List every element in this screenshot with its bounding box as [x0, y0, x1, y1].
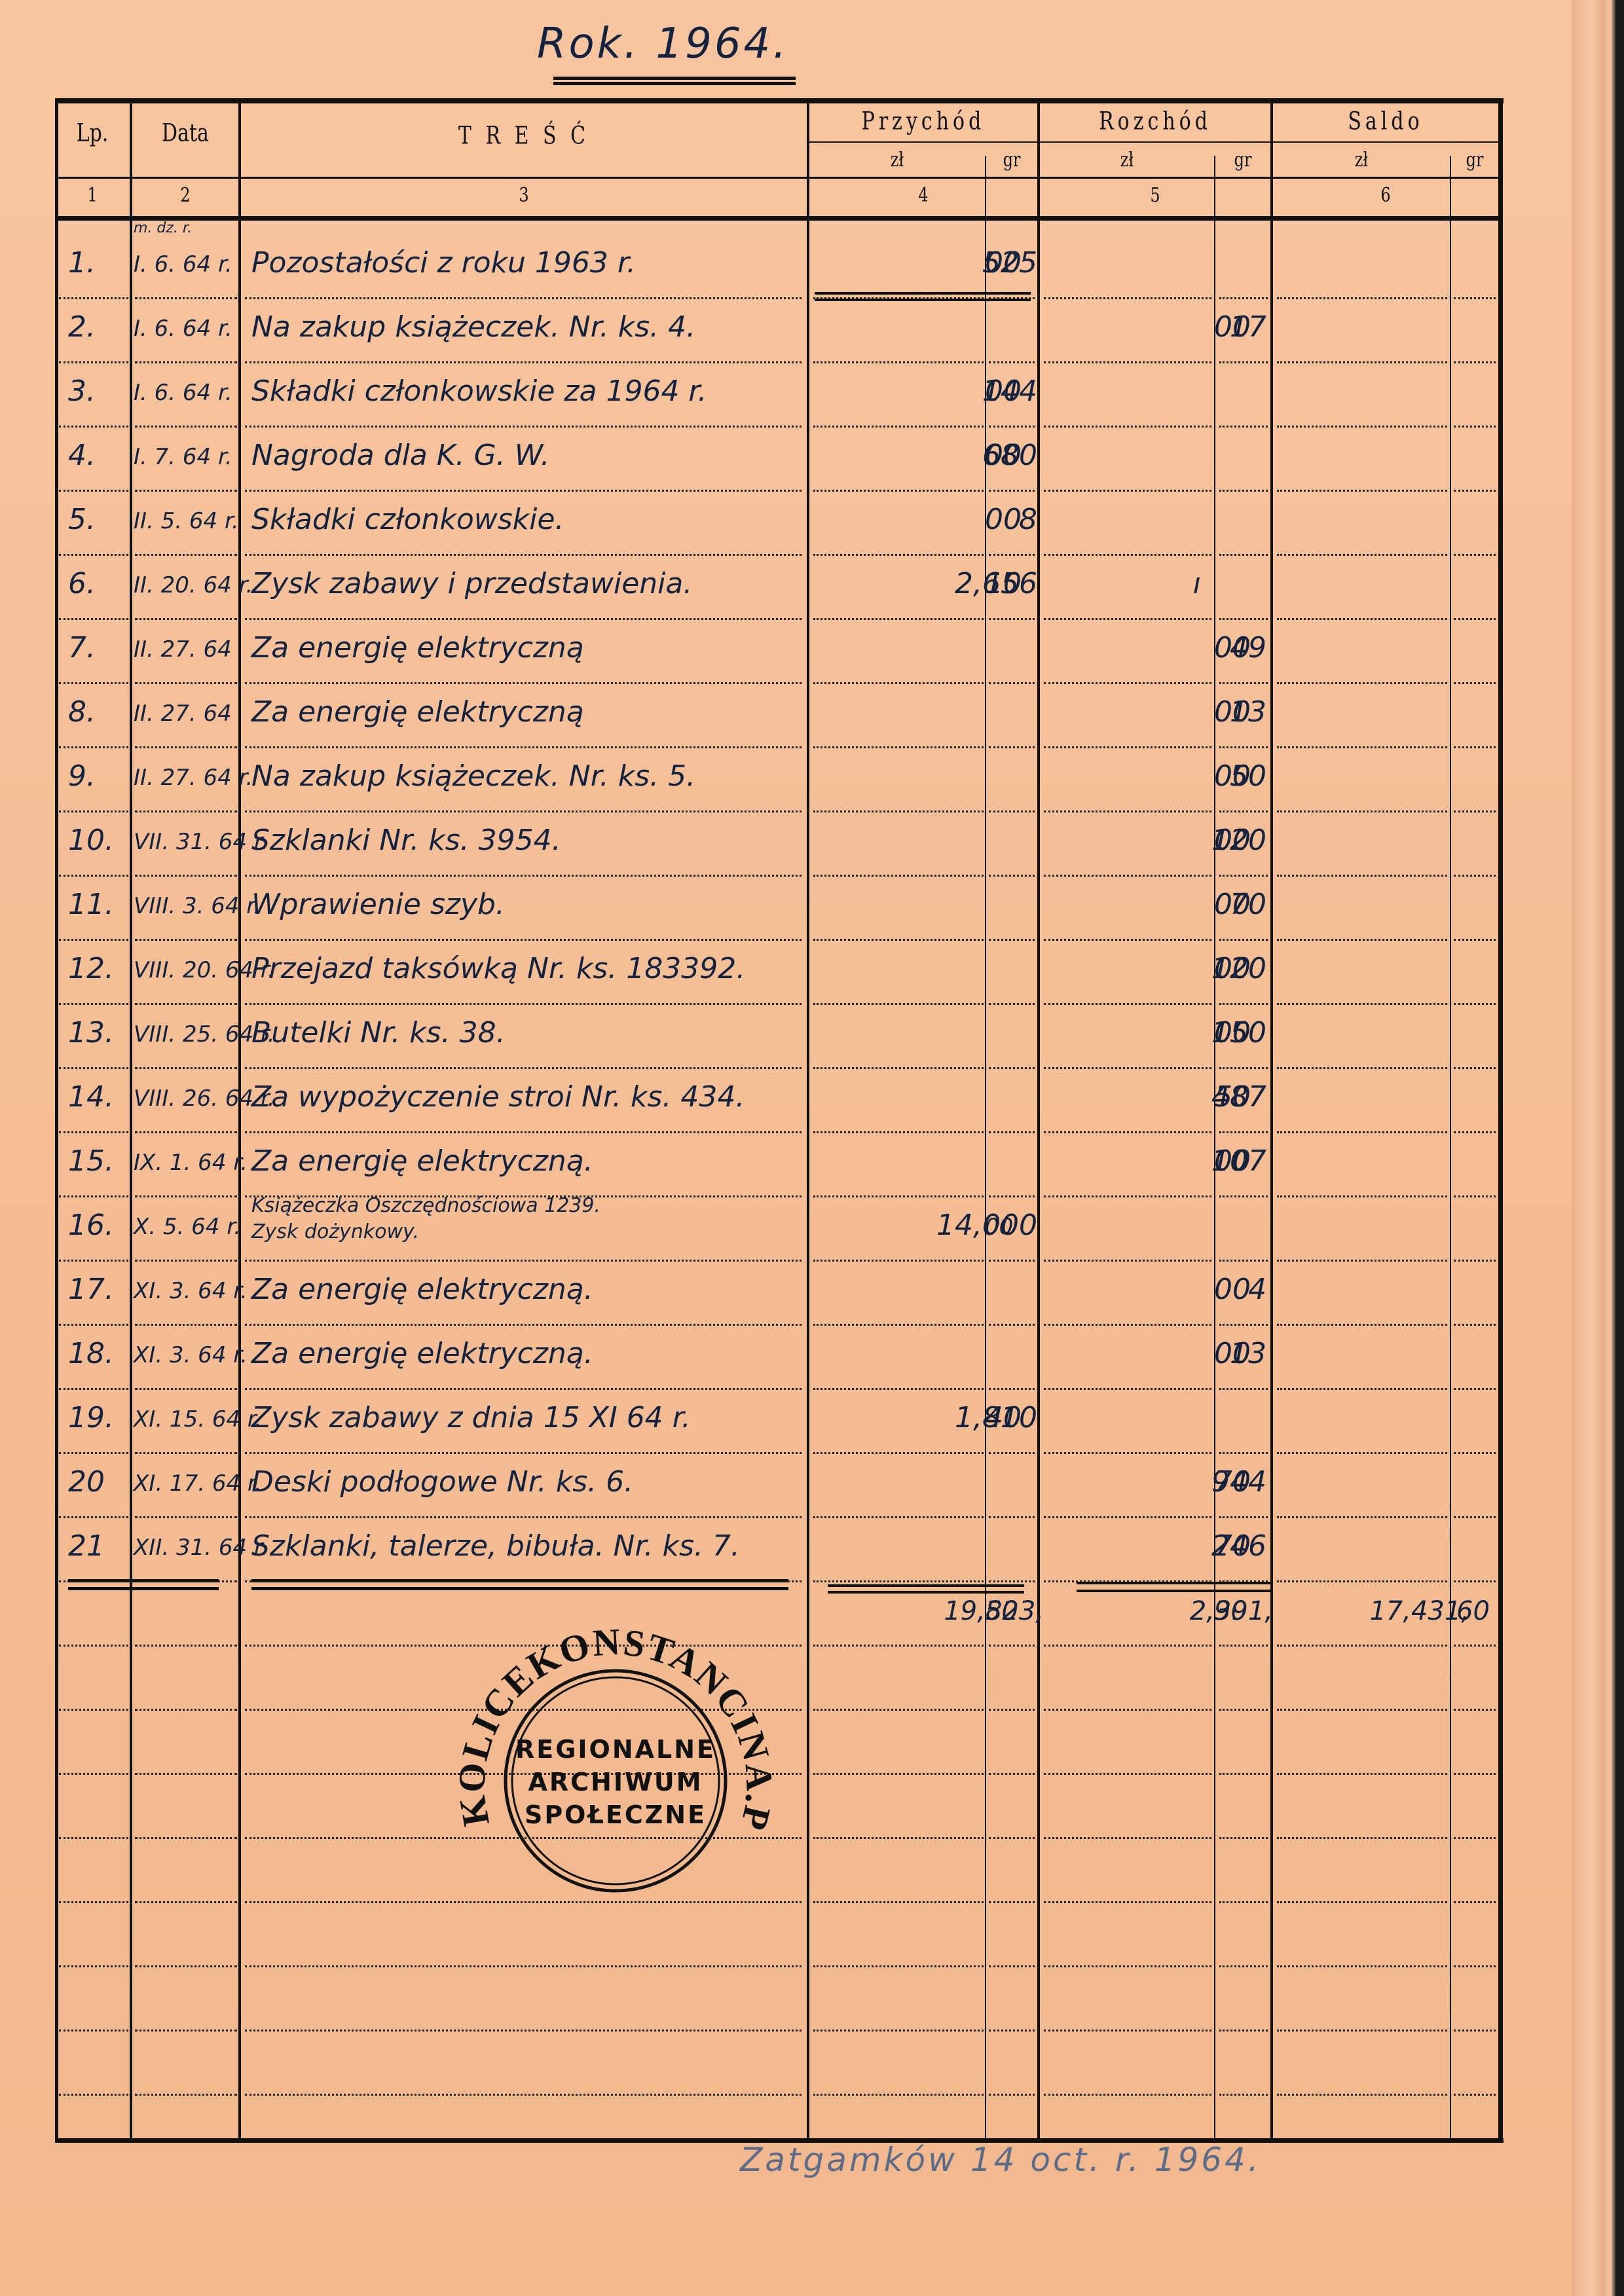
expense-zl: ı	[1037, 567, 1201, 600]
table-row: 12. VIII. 20. 64 r. Przejazd taksówką Nr…	[55, 940, 1504, 1004]
table-row: 10. VII. 31. 64 r. Szklanki Nr. ks. 3954…	[55, 812, 1504, 876]
title-underline	[553, 82, 796, 85]
expense-gr: 00	[1214, 888, 1280, 921]
table-row: 4. I. 7. 64 r. Nagroda dla K. G. W. 680 …	[55, 427, 1504, 491]
row-date: I. 7. 64 r.	[134, 444, 232, 470]
row-date: XI. 17. 64 r.	[134, 1470, 262, 1497]
dotted-guideline	[1277, 1709, 1447, 1711]
dotted-guideline	[135, 1773, 237, 1775]
header-gr: gr	[1215, 149, 1270, 172]
header-zl: zł	[1040, 149, 1214, 172]
table-row: 15. IX. 1. 64 r. Za energię elektryczną.…	[55, 1133, 1504, 1197]
row-date: XI. 15. 64 r.	[134, 1406, 262, 1432]
dotted-guideline	[813, 1901, 984, 1903]
expense-gr: 00	[1214, 1016, 1280, 1049]
row-number: 9.	[68, 759, 127, 793]
table-row: 7. II. 27. 64 Za energię elektryczną 49 …	[55, 619, 1504, 683]
dotted-guideline	[813, 2030, 984, 2032]
page-title: Rok. 1964.	[537, 20, 789, 68]
expense-gr: 00	[1214, 695, 1280, 729]
dotted-guideline	[1277, 1965, 1447, 1967]
dotted-guideline	[135, 2030, 237, 2032]
row-description-line2: Zysk dożynkowy.	[251, 1219, 600, 1245]
dotted-guideline	[1219, 1837, 1268, 1839]
row-description-line1: Książeczka Oszczędnościowa 1239.	[251, 1193, 600, 1219]
income-gr: 40	[985, 1401, 1050, 1434]
dotted-guideline	[1454, 1709, 1496, 1711]
row-description: Składki członkowskie.	[251, 503, 564, 536]
dotted-guideline	[1219, 1965, 1268, 1967]
row-number: 14.	[68, 1080, 127, 1114]
dotted-guideline	[989, 1965, 1035, 1967]
dotted-guideline	[1277, 1837, 1447, 1839]
col-number: 4	[809, 184, 1037, 207]
expense-gr: 00	[1214, 631, 1280, 665]
place-date-note: Zatgamków 14 oct. r. 1964.	[740, 2141, 1261, 2179]
row-date: XI. 3. 64 r.	[134, 1342, 248, 1368]
dotted-guideline	[813, 1837, 984, 1839]
dotted-guideline	[1044, 1709, 1211, 1711]
expense-gr: 70	[1214, 1529, 1280, 1563]
row-date: X. 5. 64 r.	[134, 1214, 241, 1240]
income-gr: 00	[985, 503, 1050, 536]
dotted-guideline	[813, 2094, 984, 2096]
dotted-guideline	[1454, 2030, 1496, 2032]
row-description: Za wypożyczenie stroi Nr. ks. 434.	[251, 1080, 745, 1114]
row-date: II. 27. 64 r.	[134, 765, 253, 791]
table-row: 9. II. 27. 64 r. Na zakup książeczek. Nr…	[55, 748, 1504, 812]
header-tresc: T R E Ś Ć	[241, 122, 807, 151]
dotted-guideline	[1454, 1837, 1496, 1839]
dotted-guideline	[1219, 2030, 1268, 2032]
table-row: 3. I. 6. 64 r. Składki członkowskie za 1…	[55, 363, 1504, 427]
row-description: Butelki Nr. ks. 38.	[251, 1016, 506, 1049]
header-zl: zł	[1273, 149, 1450, 172]
row-description: Na zakup książeczek. Nr. ks. 5.	[251, 759, 695, 793]
header-saldo: Saldo	[1273, 107, 1498, 136]
dotted-guideline	[245, 1965, 802, 1967]
row-description: Szklanki, talerze, bibuła. Nr. ks. 7.	[251, 1529, 740, 1563]
row-description: Szklanki Nr. ks. 3954.	[251, 824, 561, 857]
row-number: 17.	[68, 1273, 127, 1306]
dotted-guideline	[813, 1709, 984, 1711]
row-number: 13.	[68, 1016, 127, 1049]
row-date: II. 5. 64 r.	[134, 508, 239, 534]
row-number: 11.	[68, 888, 127, 921]
header-gr: gr	[1451, 149, 1498, 172]
expense-gr: 00	[1214, 1144, 1280, 1178]
dotted-guideline	[989, 2094, 1035, 2096]
col-number: 3	[241, 184, 807, 207]
dotted-guideline	[1454, 2094, 1496, 2096]
row-description: Składki członkowskie za 1964 r.	[251, 374, 707, 408]
table-row: 18. XI. 3. 64 r. Za energię elektryczną.…	[55, 1325, 1504, 1389]
row-description: Za energię elektryczną	[251, 631, 584, 665]
table-row: 5. II. 5. 64 r. Składki członkowskie. 8 …	[55, 491, 1504, 555]
row-number: 10.	[68, 824, 127, 857]
dotted-guideline	[1277, 2030, 1447, 2032]
dotted-guideline	[1044, 1773, 1211, 1775]
row-date: I. 6. 64 r.	[134, 380, 232, 406]
expense-gr: 00	[1214, 310, 1280, 344]
row-date: XII. 31. 64 r.	[134, 1535, 268, 1561]
expense-gr: 50	[1214, 1080, 1280, 1114]
dotted-guideline	[1454, 1901, 1496, 1903]
row-number: 7.	[68, 631, 127, 665]
table-row: 1. I. 6. 64 r. Pozostałości z roku 1963 …	[55, 234, 1504, 299]
row-description: Na zakup książeczek. Nr. ks. 4.	[251, 310, 695, 344]
row-number: 6.	[68, 567, 127, 600]
row-description: Pozostałości z roku 1963 r.	[251, 246, 636, 280]
row-number: 19.	[68, 1401, 127, 1434]
dotted-guideline	[989, 1709, 1035, 1711]
dotted-guideline	[59, 1837, 128, 1839]
dotted-guideline	[59, 1709, 128, 1711]
table-row: 2. I. 6. 64 r. Na zakup książeczek. Nr. …	[55, 299, 1504, 363]
row-number: 12.	[68, 952, 127, 985]
table-row: 19. XI. 15. 64 r. Zysk zabawy z dnia 15 …	[55, 1389, 1504, 1453]
row-date: I. 6. 64 r.	[134, 316, 232, 342]
row-number: 5.	[68, 503, 127, 536]
expense-gr: 00	[1214, 1337, 1280, 1370]
row-description: Przejazd taksówką Nr. ks. 183392.	[251, 952, 745, 985]
row-number: 1.	[68, 246, 127, 280]
closing-underline	[68, 1579, 219, 1582]
row-number: 21	[68, 1529, 127, 1563]
svg-text:ARCHIWUM: ARCHIWUM	[528, 1768, 703, 1796]
archive-stamp: OKOLICEKONSTANCINA.PL REGIONALNE ARCHIWU…	[452, 1611, 779, 1912]
dotted-guideline	[989, 1773, 1035, 1775]
expense-gr: 00	[1214, 1273, 1280, 1306]
ledger-page: Rok. 1964. Lp. Data T R E Ś Ć Przychód R…	[0, 0, 1572, 2296]
row-date: VII. 31. 64 r.	[134, 829, 268, 855]
row-description: Zysk zabawy z dnia 15 XI 64 r.	[251, 1401, 691, 1434]
title-underline	[553, 77, 796, 80]
row-description: Za energię elektryczną.	[251, 1337, 593, 1370]
header-data: Data	[132, 119, 238, 148]
dotted-guideline	[1219, 2094, 1268, 2096]
expense-gr: 00	[1214, 759, 1280, 793]
row-number: 3.	[68, 374, 127, 408]
rule	[55, 177, 1498, 179]
book-page-edges	[1572, 0, 1624, 2296]
dotted-guideline	[1277, 2094, 1447, 2096]
row-description: Deski podłogowe Nr. ks. 6.	[251, 1465, 633, 1499]
dotted-guideline	[1277, 1901, 1447, 1903]
dotted-guideline	[813, 1773, 984, 1775]
row-date: II. 27. 64	[134, 636, 232, 663]
table-row: 14. VIII. 26. 64 r. Za wypożyczenie stro…	[55, 1068, 1504, 1133]
dotted-guideline	[135, 1837, 237, 1839]
col-number: 2	[132, 184, 238, 207]
rule	[809, 141, 1498, 143]
income-gr: 00	[985, 246, 1050, 280]
table-row: 8. II. 27. 64 Za energię elektryczną 13 …	[55, 683, 1504, 748]
total-expense-gr: 90	[1214, 1596, 1280, 1626]
row-number: 4.	[68, 439, 127, 472]
header-lp: Lp.	[55, 119, 130, 148]
income-gr: 00	[985, 374, 1050, 408]
dotted-guideline	[1454, 1965, 1496, 1967]
row-number: 20	[68, 1465, 127, 1499]
header-gr: gr	[986, 149, 1037, 172]
ledger-table: Lp. Data T R E Ś Ć Przychód Rozchód Sald…	[55, 98, 1504, 2143]
balance-zl: 17,431,	[1273, 1596, 1469, 1626]
dotted-guideline	[1219, 1901, 1268, 1903]
col-number: 5	[1040, 184, 1270, 207]
dotted-guideline	[59, 1901, 128, 1903]
stamp-emblem: OKOLICEKONSTANCINA.PL REGIONALNE ARCHIWU…	[452, 1611, 779, 1912]
dotted-guideline	[135, 1965, 237, 1967]
row-number: 16.	[68, 1209, 127, 1242]
dotted-guideline	[245, 2030, 802, 2032]
row-description: Wprawienie szyb.	[251, 888, 505, 921]
row-number: 8.	[68, 695, 127, 729]
dotted-guideline	[59, 2094, 128, 2096]
dotted-guideline	[1219, 1773, 1268, 1775]
row-description: Za energię elektryczną.	[251, 1144, 593, 1178]
expense-gr: 00	[1214, 952, 1280, 985]
dotted-guideline	[135, 1901, 237, 1903]
table-row: 11. VIII. 3. 64 r. Wprawienie szyb. 70 0…	[55, 876, 1504, 940]
svg-text:REGIONALNE: REGIONALNE	[515, 1735, 716, 1764]
expense-gr: 00	[1214, 824, 1280, 857]
header-rozchod: Rozchód	[1040, 107, 1270, 136]
row-number: 15.	[68, 1144, 127, 1178]
dotted-guideline	[1219, 1709, 1268, 1711]
row-description: Książeczka Oszczędnościowa 1239. Zysk do…	[251, 1193, 600, 1245]
dotted-guideline	[135, 2094, 237, 2096]
table-row: 6. II. 20. 64 r. Zysk zabawy i przedstaw…	[55, 555, 1504, 619]
row-date: VIII. 3. 64 r.	[134, 893, 261, 919]
dotted-guideline	[59, 2030, 128, 2032]
income-gr: 00	[985, 1214, 1050, 1240]
row-description: Za energię elektryczną.	[251, 1273, 593, 1306]
row-date: XI. 3. 64 r.	[134, 1278, 248, 1304]
table-row: 17. XI. 3. 64 r. Za energię elektryczną.…	[55, 1261, 1504, 1325]
dotted-guideline	[59, 1773, 128, 1775]
col-number: 1	[55, 184, 130, 207]
table-row: 21 XII. 31. 64 r. Szklanki, talerze, bib…	[55, 1518, 1504, 1582]
header-zl: zł	[809, 149, 985, 172]
dotted-guideline	[989, 1901, 1035, 1903]
row-description: Zysk zabawy i przedstawienia.	[251, 567, 692, 600]
table-row: 13. VIII. 25. 64 r. Butelki Nr. ks. 38. …	[55, 1004, 1504, 1068]
carryover-underline	[815, 292, 1031, 295]
row-date: I. 6. 64 r.	[134, 251, 232, 278]
svg-text:SPOŁECZNE: SPOŁECZNE	[525, 1800, 707, 1829]
dotted-guideline	[989, 2030, 1035, 2032]
dotted-guideline	[1044, 2030, 1211, 2032]
dotted-guideline	[1277, 1773, 1447, 1775]
income-gr: 00	[985, 439, 1050, 472]
dotted-guideline	[989, 1837, 1035, 1839]
table-row: 16. X. 5. 64 r. Książeczka Oszczędnościo…	[55, 1197, 1504, 1261]
col-number: 6	[1273, 184, 1498, 207]
totals-row: 19,823, 50 2,391, 90 17,431, 60	[55, 1584, 1504, 1649]
row-date: IX. 1. 64 r.	[134, 1150, 248, 1176]
expense-gr: 70	[1214, 1465, 1280, 1499]
dotted-guideline	[135, 1709, 237, 1711]
balance-gr: 60	[1456, 1596, 1502, 1626]
dotted-guideline	[1044, 1837, 1211, 1839]
row-date: II. 27. 64	[134, 701, 232, 727]
table-row: 20 XI. 17. 64 r. Deski podłogowe Nr. ks.…	[55, 1453, 1504, 1518]
row-number: 2.	[68, 310, 127, 344]
closing-underline	[251, 1579, 788, 1582]
row-description: Za energię elektryczną	[251, 695, 584, 729]
dotted-guideline	[1454, 1773, 1496, 1775]
dotted-guideline	[1044, 1901, 1211, 1903]
rule	[55, 216, 1502, 221]
row-description: Nagroda dla K. G. W.	[251, 439, 550, 472]
dotted-guideline	[813, 1965, 984, 1967]
dotted-guideline	[245, 2094, 802, 2096]
row-date: II. 20. 64 r.	[134, 572, 253, 598]
dotted-guideline	[1044, 1965, 1211, 1967]
row-number: 18.	[68, 1337, 127, 1370]
dotted-guideline	[1044, 2094, 1211, 2096]
header-przychod: Przychód	[809, 107, 1037, 136]
dotted-guideline	[59, 1965, 128, 1967]
